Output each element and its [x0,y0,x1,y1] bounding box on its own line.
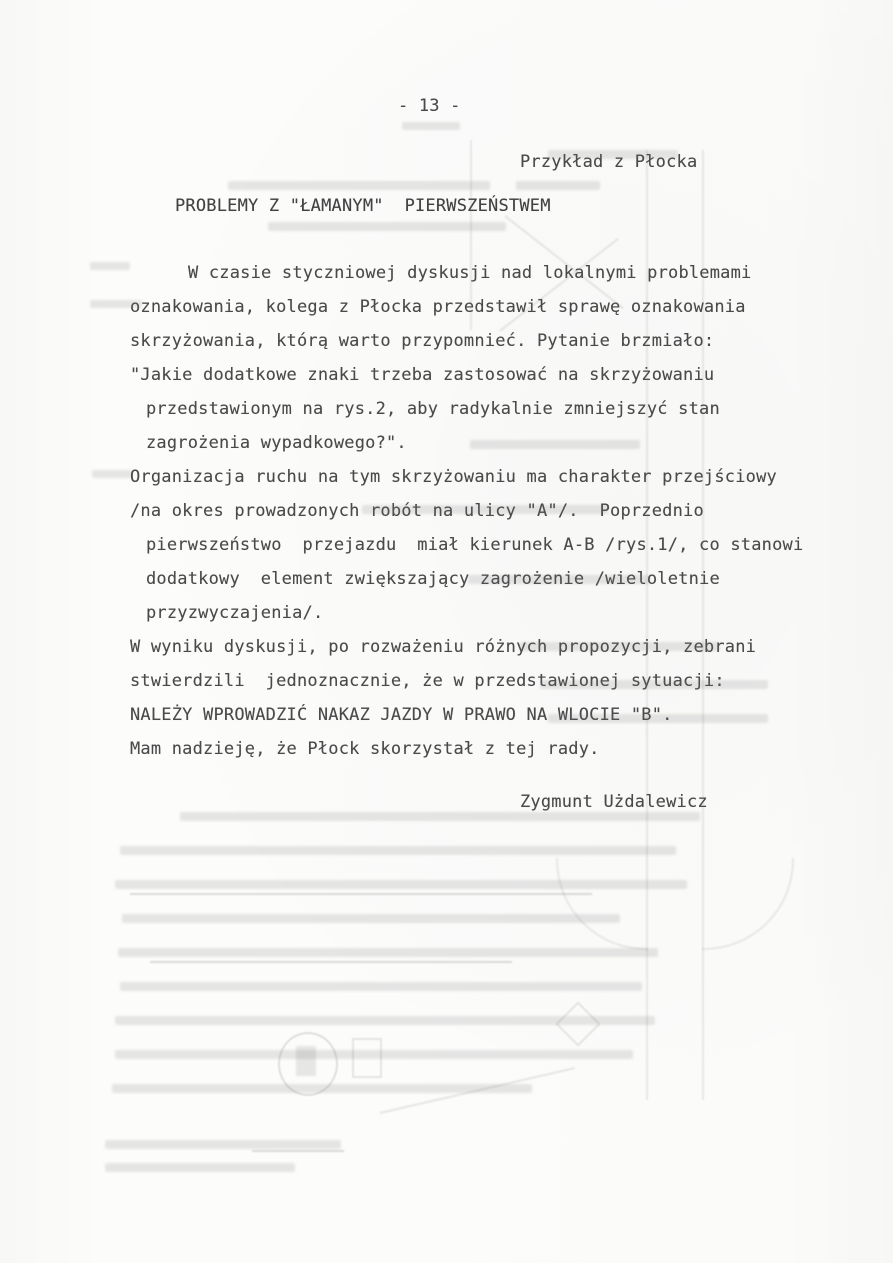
bleedthrough-line [105,1140,341,1149]
bleedthrough-line [548,150,678,159]
bleedthrough-line [120,982,642,991]
bleedthrough-road-line [470,140,472,330]
bleedthrough-line [470,440,640,449]
bleedthrough-line [228,181,490,190]
bleedthrough-line [402,122,460,130]
article-title: PROBLEMY Z "ŁAMANYM" PIERWSZEŃSTWEM [175,196,551,216]
text-line: W czasie styczniowej dyskusji nad lokaln… [130,256,820,290]
text-line: przedstawionym na rys.2, aby radykalnie … [130,392,820,426]
bleedthrough-road-curve [556,858,648,950]
bleedthrough-line [516,181,600,190]
text-line: Mam nadzieję, że Płock skorzystał z tej … [130,732,820,766]
bleedthrough-line [540,680,768,689]
bleedthrough-underline [130,893,592,895]
text-line: przyzwyczajenia/. [130,596,820,630]
bleedthrough-line [105,1163,295,1172]
page-number: - 13 - [398,96,461,116]
text-line: skrzyżowania, którą warto przypomnieć. P… [130,324,820,358]
bleedthrough-sign-diamond [555,1001,600,1046]
bleedthrough-line [520,642,720,651]
bleedthrough-underline [252,1150,344,1152]
bleedthrough-underline [150,961,512,963]
text-line: Organizacja ruchu na tym skrzyżowaniu ma… [130,460,820,494]
text-line: "Jakie dodatkowe znaki trzeba zastosować… [130,358,820,392]
bleedthrough-sign-symbol [296,1046,316,1076]
scanned-document-page: - 13 - Przykład z Płocka PROBLEMY Z "ŁAM… [0,0,893,1263]
bleedthrough-road-curve [702,858,794,950]
bleedthrough-line [120,846,676,855]
bleedthrough-line [92,470,132,478]
bleedthrough-line [90,262,130,270]
bleedthrough-line [468,575,650,584]
bleedthrough-road-line [646,150,648,1100]
bleedthrough-line [362,505,608,514]
bleedthrough-line [122,914,620,923]
bleedthrough-line [180,812,700,821]
text-line: oznakowania, kolega z Płocka przedstawił… [130,290,820,324]
author-signature: Zygmunt Użdalewicz [520,792,708,812]
bleedthrough-sign-plate [352,1038,382,1078]
bleedthrough-road-line [702,150,704,1100]
bleedthrough-line [90,300,142,308]
bleedthrough-line [548,714,768,723]
text-line: pierwszeństwo przejazdu miał kierunek A-… [130,528,820,562]
bleedthrough-line [118,948,658,957]
